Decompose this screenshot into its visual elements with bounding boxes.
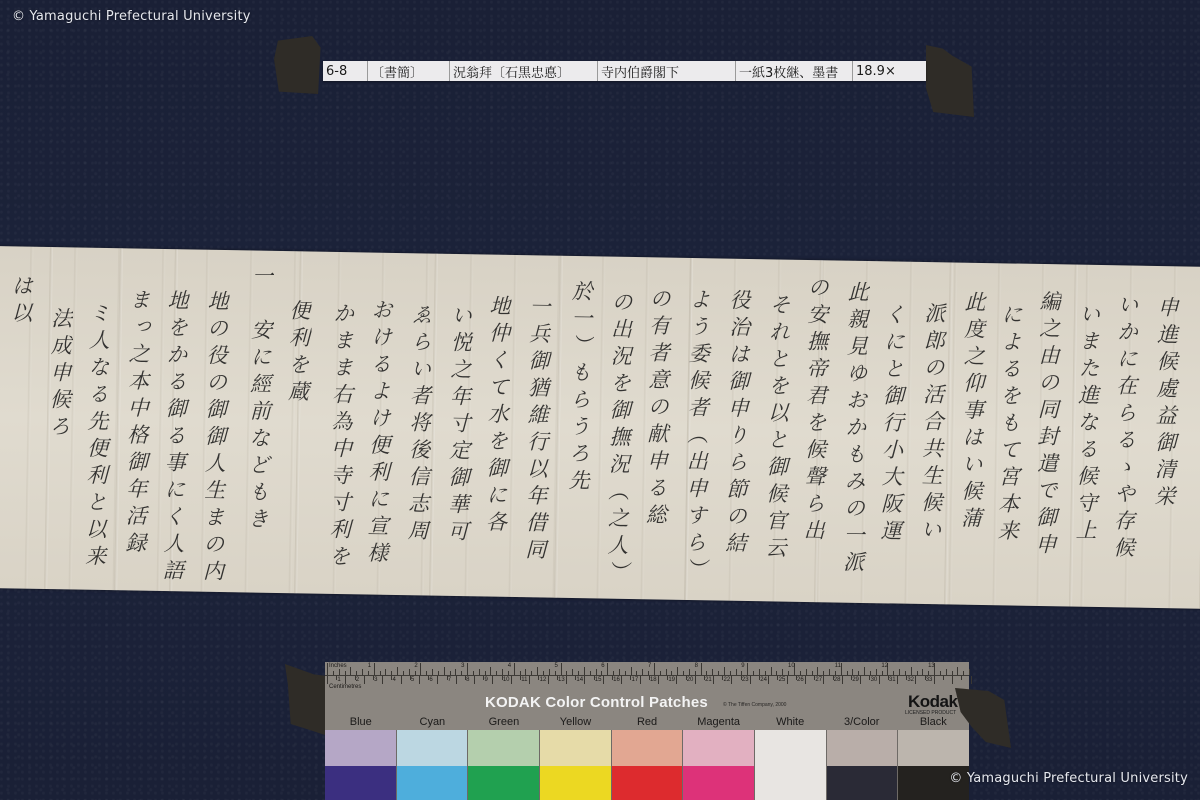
inch-tick xyxy=(800,671,801,675)
inch-tick xyxy=(362,669,363,675)
inch-tick xyxy=(636,671,637,675)
patch-light xyxy=(397,730,468,766)
cm-tick xyxy=(943,676,944,680)
cm-tick xyxy=(382,676,383,684)
manuscript-column: 地の役の御御人生まの内 xyxy=(201,290,227,587)
cm-tick xyxy=(713,676,714,684)
inch-tick xyxy=(508,671,509,675)
cm-tick xyxy=(401,676,402,684)
patch-dark xyxy=(612,766,683,800)
copyright-top-left: © Yamaguchi Prefectural University xyxy=(12,9,251,24)
inch-tick xyxy=(438,671,439,675)
inch-tick xyxy=(835,671,836,675)
inch-tick xyxy=(631,667,632,675)
cm-tick xyxy=(971,676,972,684)
inch-tick xyxy=(812,671,813,675)
inch-tick xyxy=(928,671,929,675)
manuscript-column: くにと御行小大阪運 xyxy=(879,303,904,546)
inch-tick xyxy=(415,671,416,675)
inch-tick xyxy=(776,671,777,675)
cm-number: 3 xyxy=(374,677,377,683)
inch-tick xyxy=(537,667,538,675)
tape-label-right xyxy=(926,45,974,117)
inch-tick xyxy=(736,669,737,675)
inch-tick xyxy=(893,671,894,675)
manuscript-column: 一兵御猶維行以年借同 xyxy=(524,295,550,565)
cm-number: 29 xyxy=(852,677,859,683)
manuscript-column: の出況を御撫況（之人） xyxy=(605,291,631,588)
chart-copyright: © The Tiffen Company, 2000 xyxy=(723,702,786,708)
inch-number: 12 xyxy=(881,663,888,669)
patch-light xyxy=(540,730,611,766)
cm-tick xyxy=(529,676,530,684)
label-cell: 6-8 xyxy=(323,61,368,81)
cm-number: 22 xyxy=(723,677,730,683)
cm-number: 23 xyxy=(742,677,749,683)
chart-title: KODAK Color Control Patches xyxy=(485,694,708,711)
inch-tick xyxy=(409,669,410,675)
inch-tick xyxy=(882,671,883,675)
cm-number: 10 xyxy=(503,677,510,683)
inch-tick xyxy=(531,671,532,675)
cm-number: 26 xyxy=(797,677,804,683)
inch-tick xyxy=(490,667,491,675)
inch-tick xyxy=(660,671,661,675)
inch-tick xyxy=(852,669,853,675)
inch-tick xyxy=(747,663,748,675)
inch-number: 4 xyxy=(508,663,511,669)
manuscript-column: ゑらい者将後信志周 xyxy=(406,303,431,546)
cm-number: 1 xyxy=(337,677,340,683)
manuscript-column: 編之由の同封遣で御申 xyxy=(1034,290,1060,560)
patch-light xyxy=(325,730,396,766)
inch-tick xyxy=(479,669,480,675)
cm-tick xyxy=(805,676,806,684)
cm-tick xyxy=(915,676,916,684)
inch-tick xyxy=(555,671,556,675)
cm-tick xyxy=(787,676,788,684)
inch-tick xyxy=(327,663,328,675)
cm-number: 24 xyxy=(760,677,767,683)
inch-tick xyxy=(911,667,912,675)
inch-tick xyxy=(502,669,503,675)
inch-tick xyxy=(847,671,848,675)
cm-tick xyxy=(474,676,475,684)
inch-tick xyxy=(455,669,456,675)
inch-tick xyxy=(905,671,906,675)
inch-tick xyxy=(706,671,707,675)
patch-dark xyxy=(325,766,396,800)
cm-tick xyxy=(456,676,457,684)
cm-number: 27 xyxy=(815,677,822,683)
cm-number: 5 xyxy=(411,677,414,683)
cm-tick xyxy=(961,676,962,680)
manuscript-column: 役治は御申りら節の結 xyxy=(724,289,750,559)
centimetres-label: Centimetres xyxy=(329,684,361,690)
kodak-color-chart: InchesCentimetres12345678910111213123456… xyxy=(325,662,969,800)
inch-tick xyxy=(683,671,684,675)
patch-white xyxy=(755,730,827,800)
inch-tick xyxy=(426,671,427,675)
manuscript-scroll: 申進候處益御清栄いかに在らるゝや存候いまた進なる候守上編之由の同封遣で御申による… xyxy=(0,246,1200,609)
cm-number: 33 xyxy=(926,677,933,683)
patch-black xyxy=(898,730,969,800)
inch-tick xyxy=(601,671,602,675)
cm-tick xyxy=(640,676,641,684)
inch-tick xyxy=(689,669,690,675)
inch-tick xyxy=(543,671,544,675)
inch-tick xyxy=(788,671,789,675)
inch-tick xyxy=(520,671,521,675)
inch-tick xyxy=(666,669,667,675)
manuscript-column: ミ人なる先便利と以来 xyxy=(83,302,109,572)
patch-light xyxy=(755,730,826,800)
manuscript-column: かまま右為中寺寸利を xyxy=(327,302,353,572)
manuscript-column: 此度之仰事はい候蒲 xyxy=(959,291,984,534)
inch-number: 3 xyxy=(461,663,464,669)
inch-tick xyxy=(858,671,859,675)
inch-tick xyxy=(607,663,608,675)
cm-number: 15 xyxy=(595,677,602,683)
cm-number: 8 xyxy=(466,677,469,683)
cm-tick xyxy=(548,676,549,684)
inch-number: 7 xyxy=(648,663,651,669)
manuscript-column: 此親見ゆおかもみの一派 xyxy=(841,281,867,578)
patch-dark xyxy=(827,766,898,800)
inch-tick xyxy=(625,671,626,675)
color-patches xyxy=(325,730,969,800)
cm-number: 4 xyxy=(393,677,396,683)
cm-tick xyxy=(695,676,696,684)
cm-tick xyxy=(345,676,346,684)
inch-tick xyxy=(450,671,451,675)
cm-tick xyxy=(768,676,769,684)
patch-yellow xyxy=(540,730,612,800)
cm-number: 21 xyxy=(705,677,712,683)
manuscript-column: い悦之年寸定御華可 xyxy=(446,304,471,547)
cm-number: 6 xyxy=(429,677,432,683)
inch-tick xyxy=(782,669,783,675)
cm-number: 30 xyxy=(871,677,878,683)
label-cell: 況翁拜〔石黒忠悳〕 xyxy=(450,61,598,81)
copyright-bottom-right: © Yamaguchi Prefectural University xyxy=(949,771,1188,786)
patch-dark xyxy=(540,766,611,800)
inch-number: 11 xyxy=(835,663,841,669)
inch-tick xyxy=(917,671,918,675)
cm-number: 9 xyxy=(484,677,487,683)
inch-number: 6 xyxy=(601,663,604,669)
manuscript-column: 派郎の活合共生候い xyxy=(919,302,944,545)
manuscript-column: よう委候者（出申すら） xyxy=(683,288,709,585)
cm-tick xyxy=(492,676,493,684)
cm-tick xyxy=(750,676,751,684)
paper-fold xyxy=(114,248,123,590)
patch-red xyxy=(612,730,684,800)
manuscript-column: によるをもて宮本来 xyxy=(996,303,1021,546)
cm-number: 17 xyxy=(632,677,639,683)
inch-tick xyxy=(380,671,381,675)
cm-number: 14 xyxy=(576,677,583,683)
cm-number: 20 xyxy=(687,677,694,683)
cm-number: 25 xyxy=(779,677,786,683)
inch-tick xyxy=(572,669,573,675)
inch-tick xyxy=(566,671,567,675)
cm-tick xyxy=(731,676,732,684)
patch-magenta xyxy=(683,730,755,800)
cm-tick xyxy=(327,676,328,684)
manuscript-column: 地をかる御る事にく人語 xyxy=(161,289,187,586)
inch-number: 10 xyxy=(788,663,795,669)
paper-fold xyxy=(554,256,563,598)
inch-tick xyxy=(870,671,871,675)
inch-tick xyxy=(946,669,947,675)
inch-tick xyxy=(724,667,725,675)
inch-tick xyxy=(397,667,398,675)
cm-tick xyxy=(658,676,659,684)
patch-light xyxy=(468,730,539,766)
inch-tick xyxy=(356,671,357,675)
inch-tick xyxy=(485,671,486,675)
label-cell: 〔書簡〕 xyxy=(368,61,450,81)
inch-number: 8 xyxy=(695,663,698,669)
inch-tick xyxy=(333,671,334,675)
patch-dark xyxy=(683,766,754,800)
label-cell: 寺内伯爵閣下 xyxy=(598,61,736,81)
inch-tick xyxy=(823,671,824,675)
cm-number: 2 xyxy=(356,677,359,683)
inch-tick xyxy=(922,669,923,675)
manuscript-column: 一 安に經前などもき xyxy=(246,264,272,534)
patch-blue xyxy=(325,730,397,800)
inch-tick xyxy=(374,663,375,675)
inch-tick xyxy=(730,671,731,675)
kodak-logo: Kodak xyxy=(908,692,957,712)
inch-tick xyxy=(677,667,678,675)
inch-tick xyxy=(368,671,369,675)
patch-green xyxy=(468,730,540,800)
inch-tick xyxy=(654,663,655,675)
inch-tick xyxy=(339,669,340,675)
manuscript-column: いまた進なる候守上 xyxy=(1074,303,1099,546)
cm-tick xyxy=(621,676,622,684)
inch-tick xyxy=(385,669,386,675)
manuscript-column: の安撫帝君を候聲ら出 xyxy=(802,276,828,546)
label-cell: 18.9× xyxy=(853,61,926,81)
inch-tick xyxy=(642,669,643,675)
inch-tick xyxy=(765,671,766,675)
inch-tick xyxy=(952,671,953,675)
manuscript-column: それとを以と御候官云 xyxy=(764,293,790,563)
manuscript-column: まっ之本中格御年活録 xyxy=(124,288,150,558)
inch-tick xyxy=(467,663,468,675)
inch-tick xyxy=(350,667,351,675)
inch-tick xyxy=(590,671,591,675)
inch-number: 1 xyxy=(368,663,371,669)
patch-light xyxy=(898,730,969,766)
inch-tick xyxy=(829,669,830,675)
inch-tick xyxy=(671,671,672,675)
cm-number: 13 xyxy=(558,677,565,683)
cm-tick xyxy=(842,676,843,684)
patch-dark xyxy=(468,766,539,800)
cm-tick xyxy=(934,676,935,684)
inch-tick xyxy=(753,671,754,675)
inch-tick xyxy=(444,667,445,675)
patch-dark xyxy=(397,766,468,800)
inch-tick xyxy=(864,667,865,675)
inch-tick xyxy=(525,669,526,675)
patch-light xyxy=(683,730,754,766)
inch-tick xyxy=(899,669,900,675)
inch-tick xyxy=(420,663,421,675)
inch-tick xyxy=(403,671,404,675)
manuscript-column: 申進候處益御清栄 xyxy=(1153,296,1178,512)
inch-number: 2 xyxy=(414,663,417,669)
manuscript-column: おけるよけ便利に宣様 xyxy=(366,299,392,569)
inch-number: 13 xyxy=(928,663,935,669)
inch-tick xyxy=(549,669,550,675)
cm-tick xyxy=(364,676,365,684)
inch-tick xyxy=(771,667,772,675)
inch-number: 9 xyxy=(741,663,744,669)
inch-tick xyxy=(712,669,713,675)
manuscript-column: 便利を蔵 xyxy=(286,299,309,407)
inch-tick xyxy=(940,671,941,675)
manuscript-column: 法成申候ろ xyxy=(48,307,71,442)
cm-tick xyxy=(879,676,880,684)
inch-tick xyxy=(741,671,742,675)
patch-light xyxy=(612,730,683,766)
cm-tick xyxy=(823,676,824,684)
inch-tick xyxy=(619,669,620,675)
cm-number: 12 xyxy=(540,677,547,683)
inch-tick xyxy=(718,671,719,675)
inch-tick xyxy=(391,671,392,675)
inch-tick xyxy=(759,669,760,675)
inch-tick xyxy=(432,669,433,675)
inch-tick xyxy=(473,671,474,675)
patch-3-color xyxy=(827,730,899,800)
cm-tick xyxy=(603,676,604,684)
catalog-label-strip: 6-8〔書簡〕況翁拜〔石黒忠悳〕寺内伯爵閣下一紙3枚継、墨書18.9× xyxy=(323,61,926,81)
manuscript-column: 地仲くて水を御に各 xyxy=(484,295,509,538)
cm-tick xyxy=(676,676,677,684)
cm-tick xyxy=(860,676,861,684)
inch-tick xyxy=(578,671,579,675)
inch-tick xyxy=(496,671,497,675)
cm-number: 32 xyxy=(907,677,914,683)
inch-tick xyxy=(561,663,562,675)
manuscript-column: 於一）もらうろ先 xyxy=(567,280,592,496)
manuscript-column: いかに在らるゝや存候 xyxy=(1112,293,1138,563)
inch-tick xyxy=(969,669,970,675)
cm-number: 19 xyxy=(668,677,675,683)
inch-tick xyxy=(514,663,515,675)
cm-number: 16 xyxy=(613,677,620,683)
inch-tick xyxy=(817,667,818,675)
cm-number: 31 xyxy=(889,677,896,683)
cm-tick xyxy=(952,676,953,684)
inch-tick xyxy=(695,671,696,675)
inch-tick xyxy=(648,671,649,675)
ruler: InchesCentimetres12345678910111213123456… xyxy=(325,662,969,692)
inch-tick xyxy=(876,669,877,675)
manuscript-column: の有者意の献申る総 xyxy=(644,287,669,530)
cm-number: 28 xyxy=(834,677,841,683)
cm-tick xyxy=(897,676,898,684)
cm-tick xyxy=(566,676,567,684)
inch-tick xyxy=(461,671,462,675)
cm-number: 18 xyxy=(650,677,657,683)
label-cell: 一紙3枚継、墨書 xyxy=(736,61,853,81)
cm-tick xyxy=(419,676,420,684)
patch-cyan xyxy=(397,730,469,800)
manuscript-column: は以 xyxy=(10,274,32,328)
inch-tick xyxy=(584,667,585,675)
cm-tick xyxy=(437,676,438,684)
tape-label-left xyxy=(274,36,323,94)
inch-tick xyxy=(596,669,597,675)
inch-tick xyxy=(806,669,807,675)
inch-tick xyxy=(345,671,346,675)
inch-tick xyxy=(957,667,958,675)
cm-tick xyxy=(584,676,585,684)
patch-light xyxy=(827,730,898,766)
inch-number: 5 xyxy=(555,663,558,669)
inch-tick xyxy=(701,663,702,675)
inch-tick xyxy=(963,671,964,675)
cm-number: 11 xyxy=(521,677,527,683)
inch-tick xyxy=(613,671,614,675)
cm-tick xyxy=(511,676,512,684)
cm-number: 7 xyxy=(448,677,451,683)
